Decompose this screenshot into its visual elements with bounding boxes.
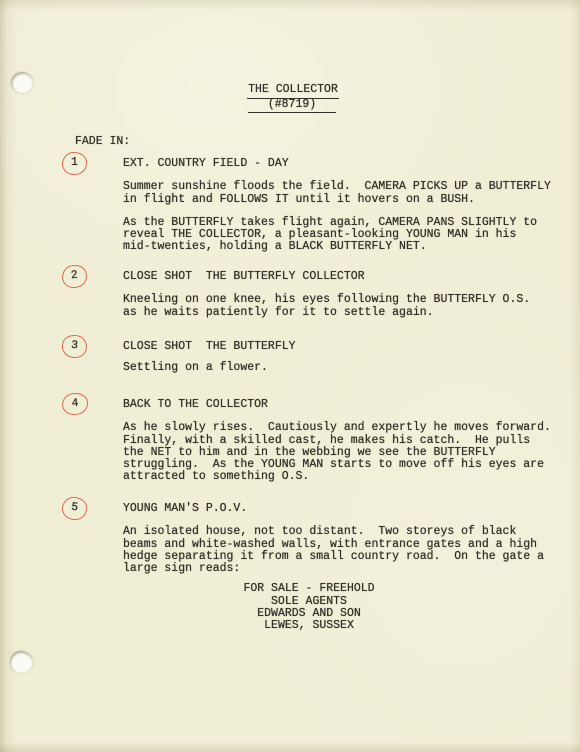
scene-3: 3 CLOSE SHOT THE BUTTERFLY Settling on a… [0, 341, 580, 375]
scene-number: 1 [71, 157, 78, 169]
scene-number-circle: 5 [61, 495, 89, 521]
sign-text: FOR SALE - FREEHOLD SOLE AGENTS EDWARDS … [123, 583, 495, 632]
scene-number-circle: 2 [61, 264, 89, 290]
scene-heading: CLOSE SHOT THE BUTTERFLY [123, 341, 558, 353]
scene-heading: CLOSE SHOT THE BUTTERFLY COLLECTOR [123, 271, 558, 283]
action-paragraph: As the BUTTERFLY takes flight again, CAM… [123, 217, 558, 254]
scene-body: CLOSE SHOT THE BUTTERFLY Settling on a f… [123, 341, 558, 375]
scene-1: 1 EXT. COUNTRY FIELD - DAY Summer sunshi… [0, 158, 580, 254]
scene-number: 2 [70, 270, 78, 283]
scene-number-circle: 3 [61, 334, 88, 359]
production-number: (#8719) [248, 99, 336, 113]
scene-heading: BACK TO THE COLLECTOR [123, 399, 558, 411]
scene-number-circle: 1 [62, 152, 87, 175]
action-paragraph: Kneeling on one knee, his eyes following… [123, 294, 558, 319]
scene-body: EXT. COUNTRY FIELD - DAY Summer sunshine… [123, 158, 558, 254]
action-paragraph: Summer sunshine floods the field. CAMERA… [123, 181, 558, 206]
punch-hole-top [11, 72, 33, 93]
script-page: THE COLLECTOR (#8719) FADE IN: 1 EXT. CO… [0, 0, 580, 752]
title-block: THE COLLECTOR (#8719) [247, 84, 339, 113]
scene-body: YOUNG MAN'S P.O.V. An isolated house, no… [123, 503, 558, 633]
fade-in-transition: FADE IN: [75, 136, 130, 148]
action-paragraph: Settling on a flower. [123, 362, 558, 374]
page-title: THE COLLECTOR [247, 84, 339, 99]
scene-body: CLOSE SHOT THE BUTTERFLY COLLECTOR Kneel… [123, 271, 558, 319]
scene-body: BACK TO THE COLLECTOR As he slowly rises… [123, 399, 558, 484]
scene-4: 4 BACK TO THE COLLECTOR As he slowly ris… [0, 399, 580, 484]
scene-number: 5 [70, 502, 79, 515]
scene-2: 2 CLOSE SHOT THE BUTTERFLY COLLECTOR Kne… [0, 271, 580, 319]
scene-number: 4 [71, 398, 79, 411]
scene-number-circle: 4 [61, 392, 88, 416]
scene-number: 3 [71, 340, 79, 353]
punch-hole-bottom [8, 649, 35, 675]
scene-heading: EXT. COUNTRY FIELD - DAY [123, 158, 558, 170]
scene-5: 5 YOUNG MAN'S P.O.V. An isolated house, … [0, 503, 580, 633]
action-paragraph: An isolated house, not too distant. Two … [123, 526, 558, 575]
action-paragraph: As he slowly rises. Cautiously and exper… [123, 422, 558, 483]
scene-heading: YOUNG MAN'S P.O.V. [123, 503, 558, 515]
